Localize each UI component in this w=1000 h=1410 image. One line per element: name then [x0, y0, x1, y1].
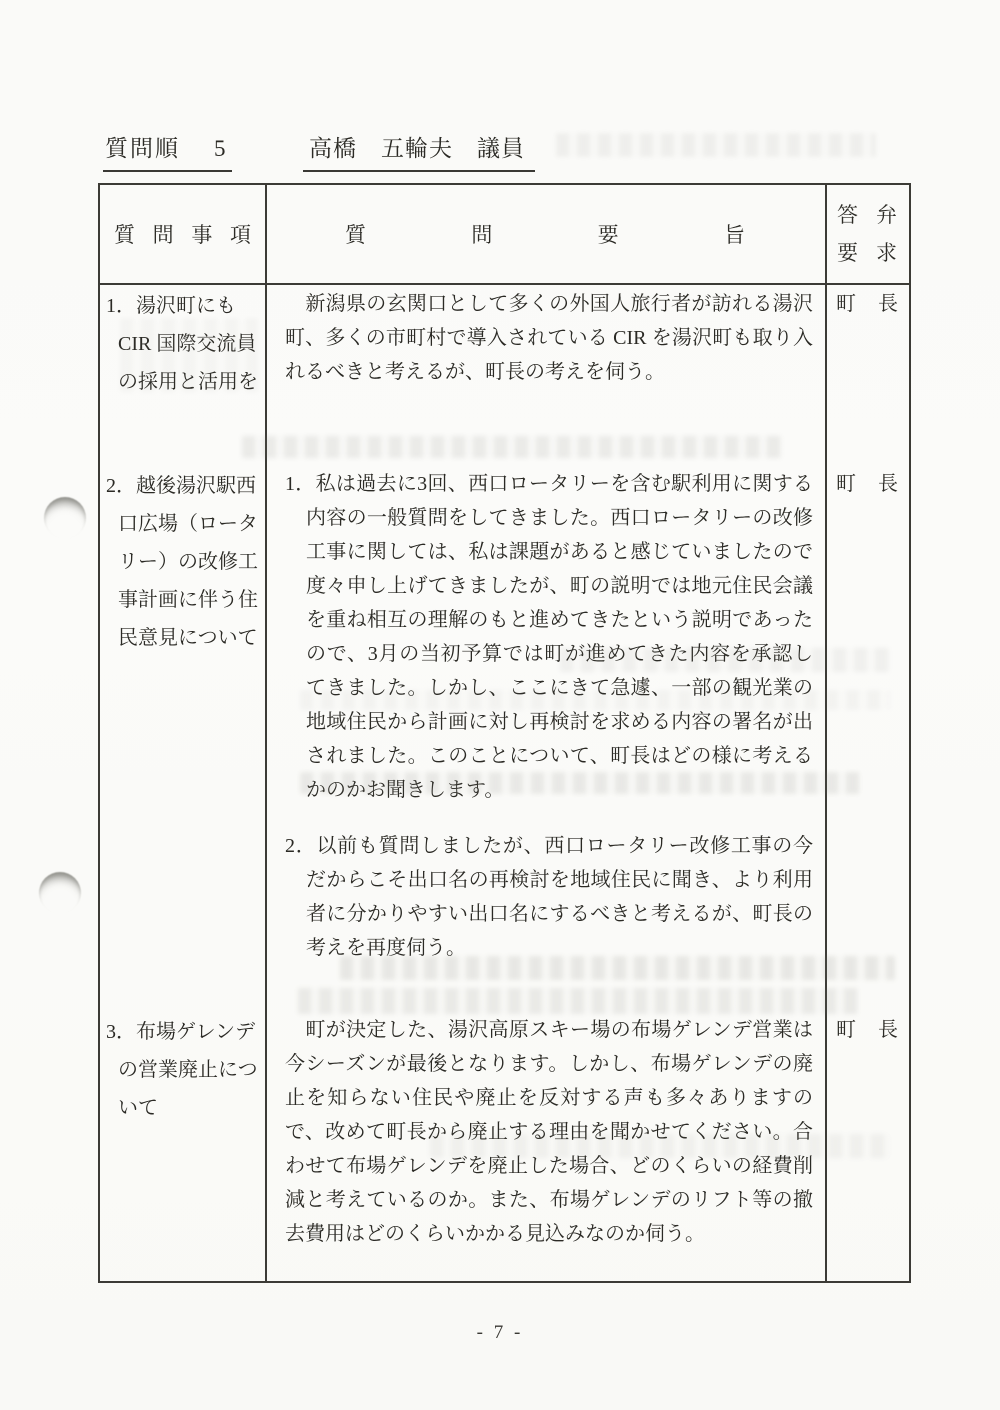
row2-summary: 1．私は過去に3回、西口ロータリーを含む駅利用に関する内容の一般質問をしてきまし… — [285, 467, 813, 965]
header-answer-label-top: 答弁 — [837, 196, 897, 234]
header-row-divider — [100, 283, 909, 285]
question-order-number: 5 — [214, 136, 226, 161]
bleed-through-artifact — [560, 648, 890, 672]
header-item-column: 質問事項 — [100, 185, 265, 283]
row2-item-line: 口広場（ロータ — [106, 505, 264, 543]
row2-item-line: 事計画に伴う住 — [106, 581, 264, 619]
row1-paragraph: 新潟県の玄関口として多くの外国人旅行者が訪れる湯沢町、多くの市町村で導入されてい… — [285, 287, 813, 389]
bleed-through-artifact — [298, 988, 858, 1014]
row1-summary: 新潟県の玄関口として多くの外国人旅行者が訪れる湯沢町、多くの市町村で導入されてい… — [285, 287, 813, 389]
row2-paragraph-2: 2．以前も質問しましたが、西口ロータリー改修工事の今だからこそ出口名の再検討を地… — [285, 829, 813, 965]
column-divider-summary-answer — [825, 185, 827, 1281]
row3-item-line: の営業廃止につ — [106, 1051, 264, 1089]
punch-hole — [39, 872, 81, 914]
member-name-title: 高橋 五輪夫 議員 — [303, 130, 535, 172]
question-order-title: 質問順5 — [103, 130, 232, 172]
header-answer-label-bottom: 要求 — [837, 234, 897, 272]
row3-paragraph: 町が決定した、湯沢高原スキー場の布場ゲレンデ営業は今シーズンが最後となります。し… — [285, 1013, 813, 1251]
header-answer-column: 答弁 要求 — [825, 185, 909, 283]
row2-answerer: 町長 — [827, 467, 907, 501]
bleed-through-artifact — [556, 133, 876, 157]
row2-item-line: リー）の改修工 — [106, 543, 264, 581]
bleed-through-artifact — [242, 436, 782, 458]
row2-item-line: 民意見について — [106, 619, 264, 657]
header-summary-label: 質問要旨 — [345, 219, 745, 249]
row3-item-line: 3．布場ゲレンデ — [106, 1013, 264, 1051]
scanned-document-page: 質問順5 高橋 五輪夫 議員 質問事項 質問要旨 答弁 要求 1．湯沢町にも C… — [0, 0, 1000, 1410]
row2-paragraph-1: 1．私は過去に3回、西口ロータリーを含む駅利用に関する内容の一般質問をしてきまし… — [285, 467, 813, 807]
row3-answerer: 町長 — [827, 1013, 907, 1047]
row2-item-line: 2．越後湯沢駅西 — [106, 467, 264, 505]
row3-item-line: いて — [106, 1089, 264, 1127]
row2-item: 2．越後湯沢駅西 口広場（ロータ リー）の改修工 事計画に伴う住 民意見について — [106, 467, 264, 657]
header-summary-column: 質問要旨 — [265, 185, 825, 283]
question-order-label: 質問順 — [105, 136, 180, 161]
bleed-through-artifact — [430, 1134, 890, 1158]
bleed-through-artifact — [300, 690, 890, 710]
punch-hole — [44, 497, 86, 539]
row3-summary: 町が決定した、湯沢高原スキー場の布場ゲレンデ営業は今シーズンが最後となります。し… — [285, 1013, 813, 1251]
row1-answerer: 町長 — [827, 287, 907, 321]
page-number: - 7 - — [0, 1322, 1000, 1344]
bleed-through-artifact — [340, 956, 895, 980]
column-divider-item-summary — [265, 185, 267, 1281]
row3-item: 3．布場ゲレンデ の営業廃止につ いて — [106, 1013, 264, 1127]
header-item-label: 質問事項 — [114, 219, 251, 249]
bleed-through-artifact — [120, 318, 258, 392]
bleed-through-artifact — [300, 772, 860, 794]
